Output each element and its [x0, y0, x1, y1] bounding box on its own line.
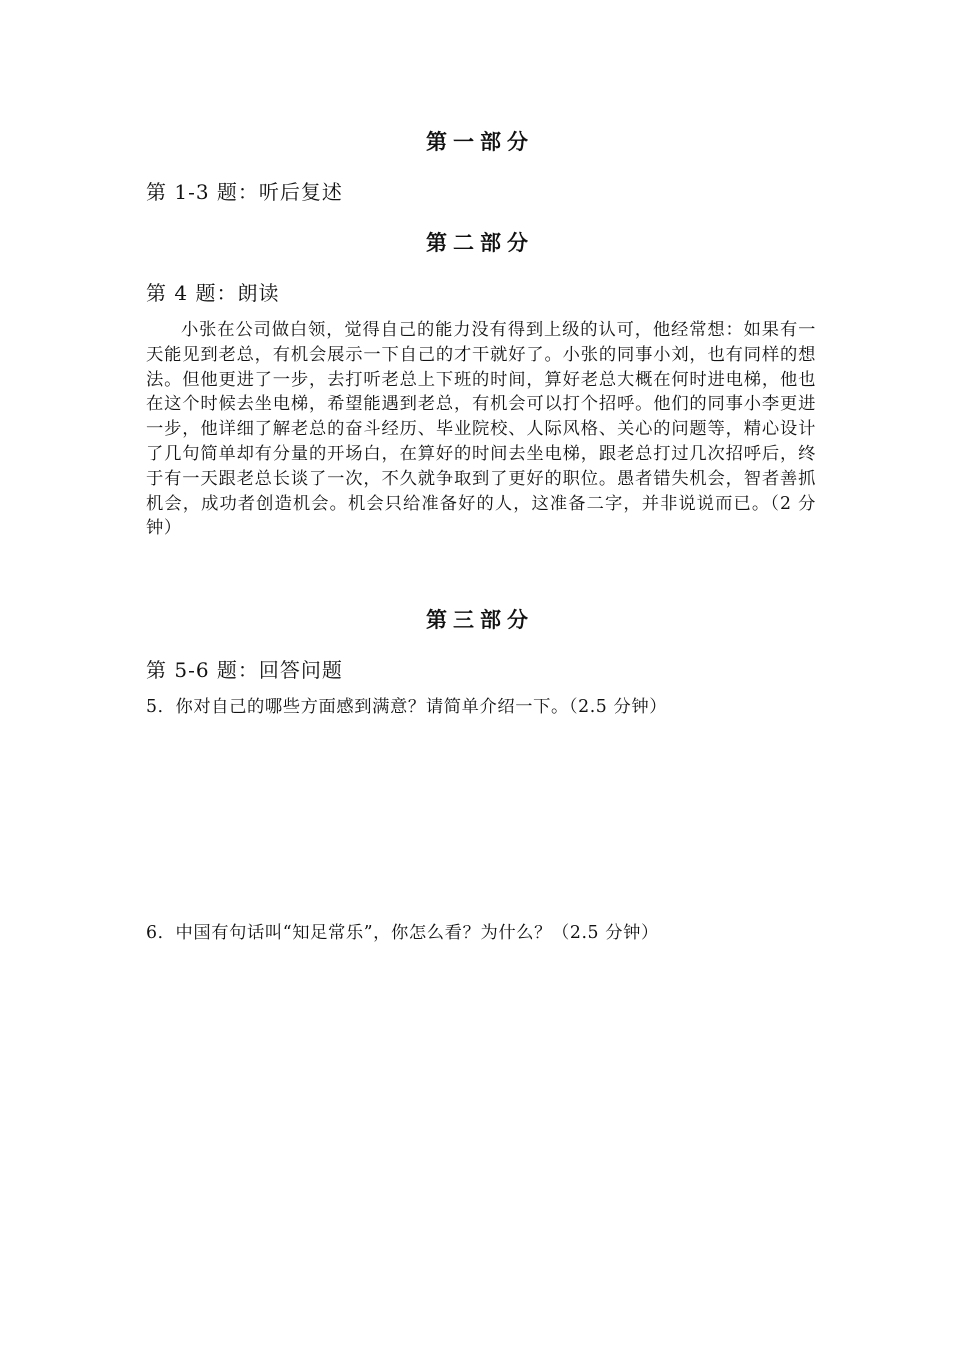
exam-page: 第一部分 第 1-3 题：听后复述 第二部分 第 4 题：朗读 小张在公司做白领…: [0, 0, 960, 1358]
part-two-title: 第二部分: [0, 229, 960, 257]
part-two-question-heading: 第 4 题：朗读: [146, 279, 279, 307]
part-three-question-heading: 第 5-6 题：回答问题: [146, 656, 343, 684]
part-three-title: 第三部分: [0, 606, 960, 634]
question-5: 5．你对自己的哪些方面感到满意？请简单介绍一下。（2.5 分钟）: [146, 695, 667, 719]
part-one-title: 第一部分: [0, 128, 960, 156]
question-6: 6．中国有句话叫“知足常乐”，你怎么看？为什么？（2.5 分钟）: [146, 921, 659, 945]
reading-passage: 小张在公司做白领，觉得自己的能力没有得到上级的认可，他经常想：如果有一天能见到老…: [146, 318, 816, 541]
part-one-question-heading: 第 1-3 题：听后复述: [146, 178, 343, 206]
